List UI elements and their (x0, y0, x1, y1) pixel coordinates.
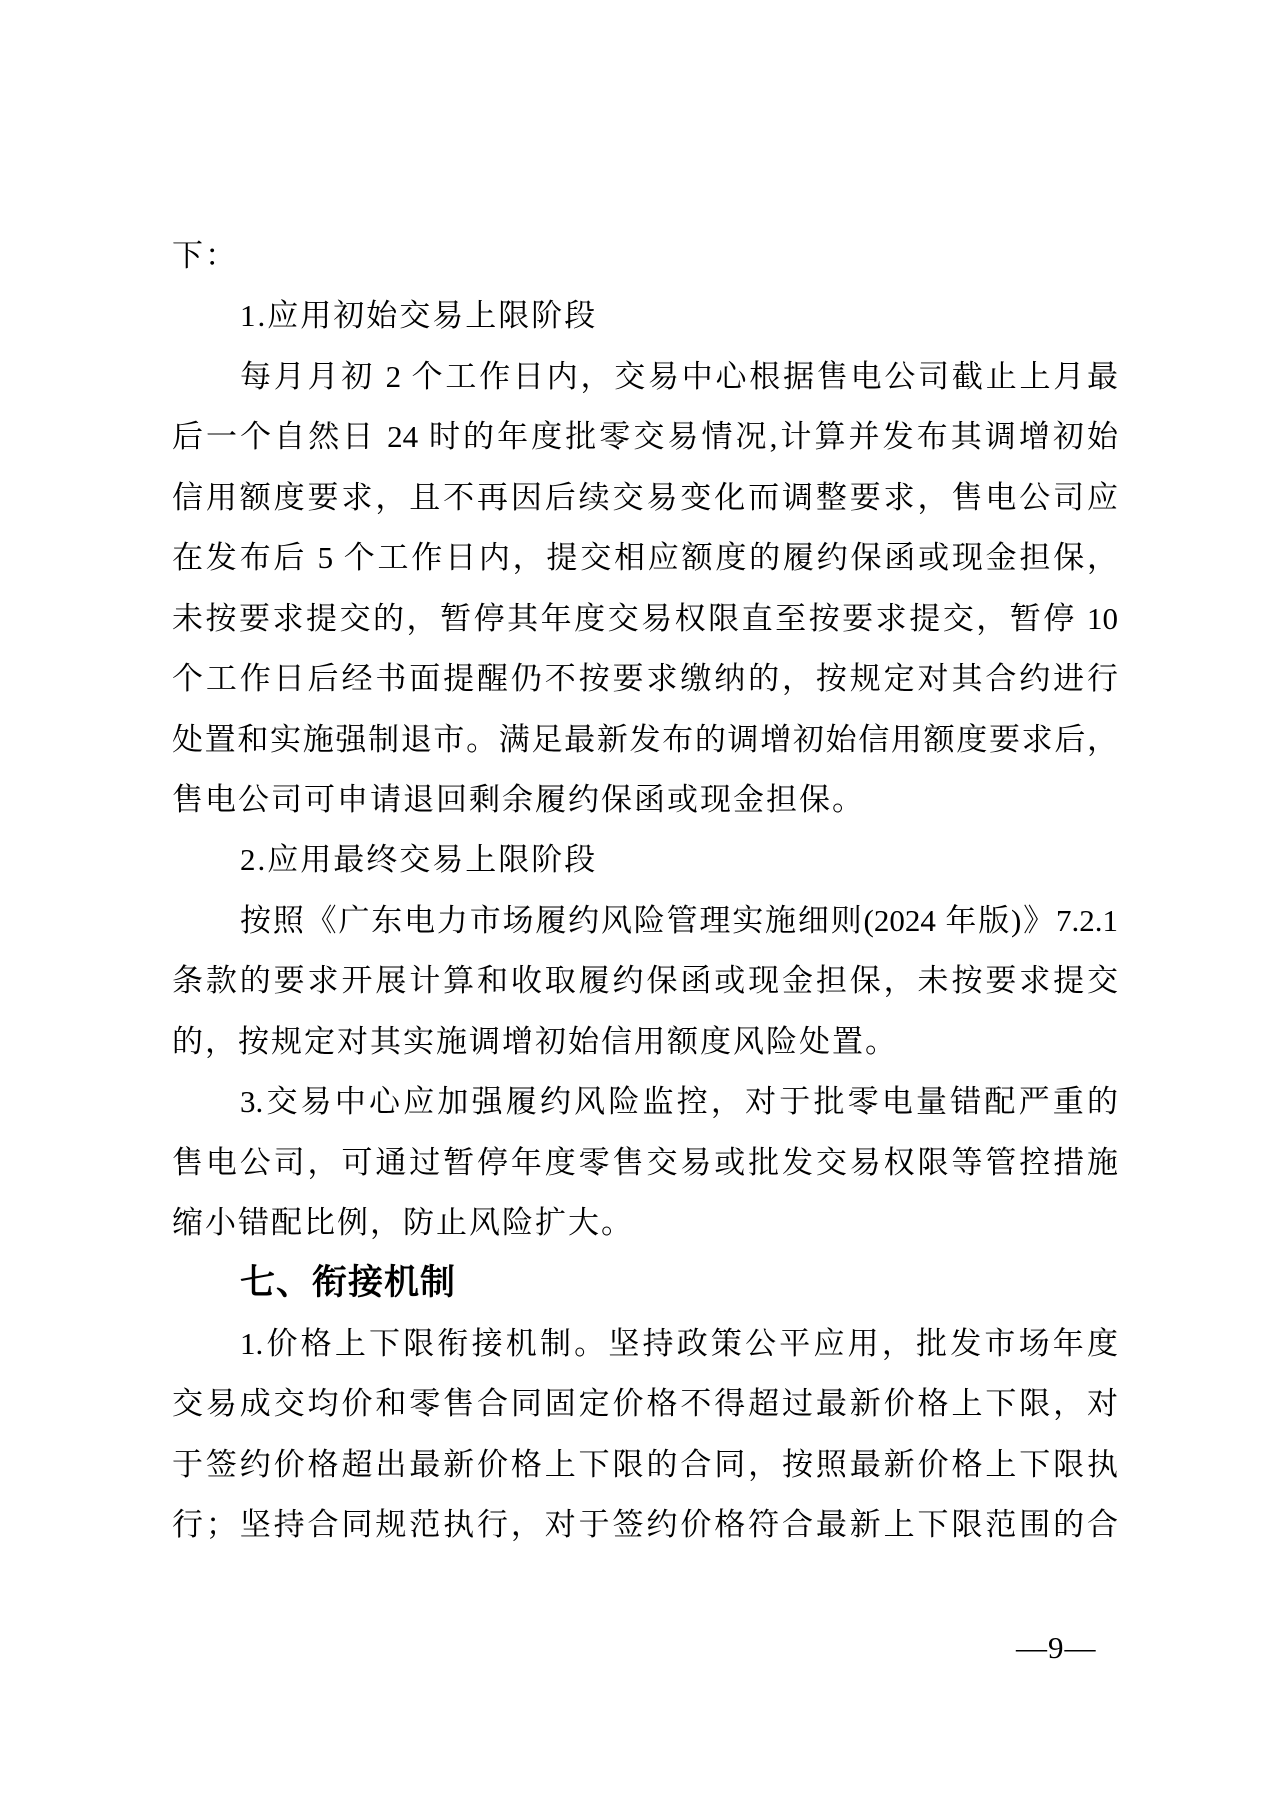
text-line: 的，按规定对其实施调增初始信用额度风险处置。 (172, 1012, 1118, 1072)
text-line: 按照《广东电力市场履约风险管理实施细则(2024 年版)》7.2.1 (172, 891, 1118, 951)
text-line: 下： (172, 226, 1118, 286)
text-line: 1.价格上下限衔接机制。坚持政策公平应用，批发市场年度 (172, 1314, 1118, 1374)
text-line: 处置和实施强制退市。满足最新发布的调增初始信用额度要求后， (172, 710, 1118, 770)
text-line: 在发布后 5 个工作日内，提交相应额度的履约保函或现金担保， (172, 528, 1118, 588)
text-line: 信用额度要求，且不再因后续交易变化而调整要求，售电公司应 (172, 468, 1118, 528)
text-line: 售电公司，可通过暂停年度零售交易或批发交易权限等管控措施 (172, 1133, 1118, 1193)
text-line: 交易成交均价和零售合同固定价格不得超过最新价格上下限，对 (172, 1374, 1118, 1434)
text-line: 缩小错配比例，防止风险扩大。 (172, 1193, 1118, 1253)
text-line: 后一个自然日 24 时的年度批零交易情况,计算并发布其调增初始 (172, 407, 1118, 467)
text-line: 条款的要求开展计算和收取履约保函或现金担保，未按要求提交 (172, 951, 1118, 1011)
page-number: —9— (1016, 1628, 1097, 1668)
text-line: 售电公司可申请退回剩余履约保函或现金担保。 (172, 770, 1118, 830)
text-line: 每月月初 2 个工作日内，交易中心根据售电公司截止上月最 (172, 347, 1118, 407)
text-line: 1.应用初始交易上限阶段 (172, 286, 1118, 346)
text-line: 3.交易中心应加强履约风险监控，对于批零电量错配严重的 (172, 1072, 1118, 1132)
text-line: 于签约价格超出最新价格上下限的合同，按照最新价格上下限执 (172, 1435, 1118, 1495)
document-body: 下：1.应用初始交易上限阶段每月月初 2 个工作日内，交易中心根据售电公司截止上… (172, 226, 1118, 1556)
document-page: 下：1.应用初始交易上限阶段每月月初 2 个工作日内，交易中心根据售电公司截止上… (0, 0, 1280, 1810)
text-line: 未按要求提交的，暂停其年度交易权限直至按要求提交，暂停 10 (172, 589, 1118, 649)
text-line: 行；坚持合同规范执行，对于签约价格符合最新上下限范围的合 (172, 1495, 1118, 1555)
section-heading: 七、衔接机制 (172, 1253, 1118, 1313)
text-line: 2.应用最终交易上限阶段 (172, 830, 1118, 890)
text-line: 个工作日后经书面提醒仍不按要求缴纳的，按规定对其合约进行 (172, 649, 1118, 709)
